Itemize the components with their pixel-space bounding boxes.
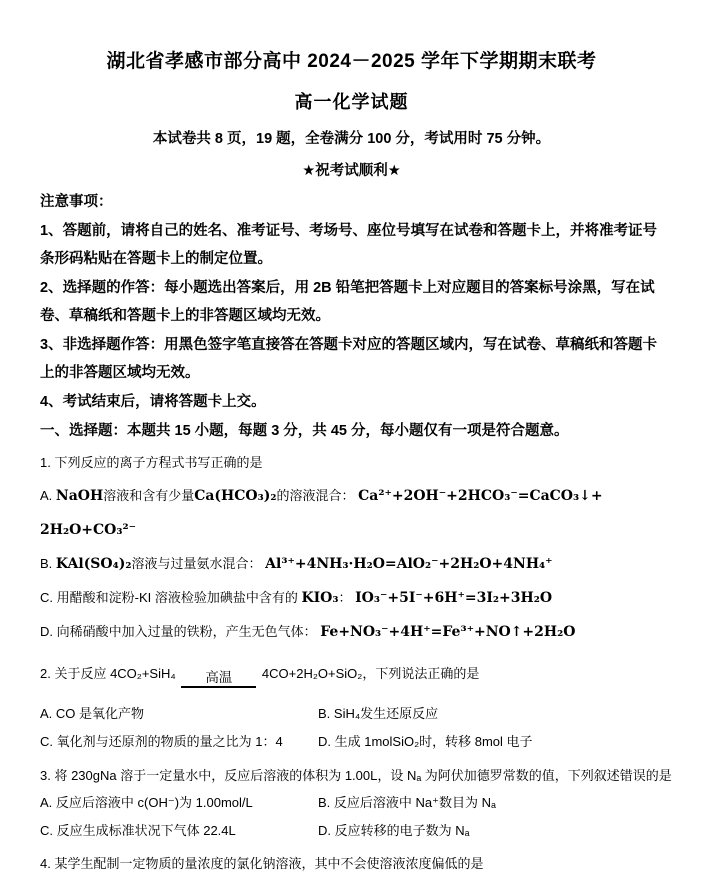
notice-item-3: 3、非选择题作答：用黑色签字笔直接答在答题卡对应的答题区域内，写在试卷、草稿纸和… bbox=[40, 331, 663, 388]
exam-paper-page: 湖北省孝感市部分高中 2024－2025 学年下学期期末联考 高一化学试题 本试… bbox=[0, 0, 701, 877]
notice-heading: 注意事项： bbox=[40, 188, 663, 217]
question-2-stem-pre: 2. 关于反应 4CO₂+SiH₄ bbox=[40, 666, 179, 681]
notice-item-2: 2、选择题的作答：每小题选出答案后，用 2B 铅笔把答题卡上对应题目的答案标号涂… bbox=[40, 274, 663, 331]
question-1-option-a-continued: 2H₂O+CO₃²⁻ bbox=[40, 513, 663, 547]
question-1-option-d: D. 向稀硝酸中加入过量的铁粉，产生无色气体： Fe+NO₃⁻+4H⁺=Fe³⁺… bbox=[40, 615, 663, 649]
question-3-stem: 3. 将 230gNa 溶于一定量水中，反应后溶液的体积为 1.00L，设 Nₐ… bbox=[40, 762, 680, 789]
notice-item-1: 1、答题前，请将自己的姓名、准考证号、考场号、座位号填写在试卷和答题卡上，并将准… bbox=[40, 217, 663, 274]
question-3: 3. 将 230gNa 溶于一定量水中，反应后溶液的体积为 1.00L，设 Nₐ… bbox=[40, 762, 663, 844]
question-3-option-d: D. 反应转移的电子数为 Nₐ bbox=[318, 817, 663, 845]
question-2-options-row-1: A. CO 是氧化产物 B. SiH₄发生还原反应 bbox=[40, 700, 663, 728]
reaction-condition-line: 高温 bbox=[181, 670, 256, 688]
page-title: 湖北省孝感市部分高中 2024－2025 学年下学期期末联考 bbox=[40, 46, 663, 73]
page-subtitle: 高一化学试题 bbox=[40, 88, 663, 114]
question-1-option-a: A. NaOH溶液和含有少量Ca(HCO₃)₂的溶液混合： Ca²⁺+2OH⁻+… bbox=[40, 479, 663, 513]
question-3-option-c: C. 反应生成标准状况下气体 22.4L bbox=[40, 817, 318, 845]
exam-info-line: 本试卷共 8 页，19 题，全卷满分 100 分，考试用时 75 分钟。 bbox=[40, 127, 663, 148]
question-1-option-c: C. 用醋酸和淀粉-KI 溶液检验加碘盐中含有的 KIO₃： IO₃⁻+5I⁻+… bbox=[40, 581, 663, 615]
question-3-options-row-2: C. 反应生成标准状况下气体 22.4L D. 反应转移的电子数为 Nₐ bbox=[40, 817, 663, 845]
reaction-condition-label: 高温 bbox=[181, 670, 256, 688]
question-1-option-b: B. KAl(SO₄)₂溶液与过量氨水混合： Al³⁺+4NH₃·H₂O=AlO… bbox=[40, 547, 663, 581]
question-2-stem: 2. 关于反应 4CO₂+SiH₄ 高温 4CO+2H₂O+SiO₂，下列说法正… bbox=[40, 663, 663, 688]
question-3-options-row-1: A. 反应后溶液中 c(OH⁻)为 1.00mol/L B. 反应后溶液中 Na… bbox=[40, 789, 663, 817]
question-2-option-c: C. 氧化剂与还原剂的物质的量之比为 1：4 bbox=[40, 728, 318, 756]
question-2: 2. 关于反应 4CO₂+SiH₄ 高温 4CO+2H₂O+SiO₂，下列说法正… bbox=[40, 663, 663, 755]
question-2-stem-post: 4CO+2H₂O+SiO₂，下列说法正确的是 bbox=[258, 666, 479, 681]
question-2-option-d: D. 生成 1molSiO₂时，转移 8mol 电子 bbox=[318, 728, 663, 756]
exam-wish-line: ★祝考试顺利★ bbox=[40, 159, 663, 180]
notice-item-4: 4、考试结束后，请将答题卡上交。 bbox=[40, 388, 663, 417]
question-4-stem: 4. 某学生配制一定物质的量浓度的氯化钠溶液，其中不会使溶液浓度偏低的是 bbox=[40, 850, 663, 877]
question-2-option-b: B. SiH₄发生还原反应 bbox=[318, 700, 663, 728]
question-3-option-a: A. 反应后溶液中 c(OH⁻)为 1.00mol/L bbox=[40, 789, 318, 817]
question-2-option-a: A. CO 是氧化产物 bbox=[40, 700, 318, 728]
notice-section: 注意事项： 1、答题前，请将自己的姓名、准考证号、考场号、座位号填写在试卷和答题… bbox=[40, 188, 663, 416]
question-4: 4. 某学生配制一定物质的量浓度的氯化钠溶液，其中不会使溶液浓度偏低的是 bbox=[40, 850, 663, 877]
question-3-option-b: B. 反应后溶液中 Na⁺数目为 Nₐ bbox=[318, 789, 663, 817]
question-2-options-row-2: C. 氧化剂与还原剂的物质的量之比为 1：4 D. 生成 1molSiO₂时，转… bbox=[40, 728, 663, 756]
section-1-heading: 一、选择题：本题共 15 小题，每题 3 分，共 45 分，每小题仅有一项是符合… bbox=[40, 417, 663, 445]
question-1: 1. 下列反应的离子方程式书写正确的是 A. NaOH溶液和含有少量Ca(HCO… bbox=[40, 453, 663, 649]
question-1-stem: 1. 下列反应的离子方程式书写正确的是 bbox=[40, 453, 663, 472]
